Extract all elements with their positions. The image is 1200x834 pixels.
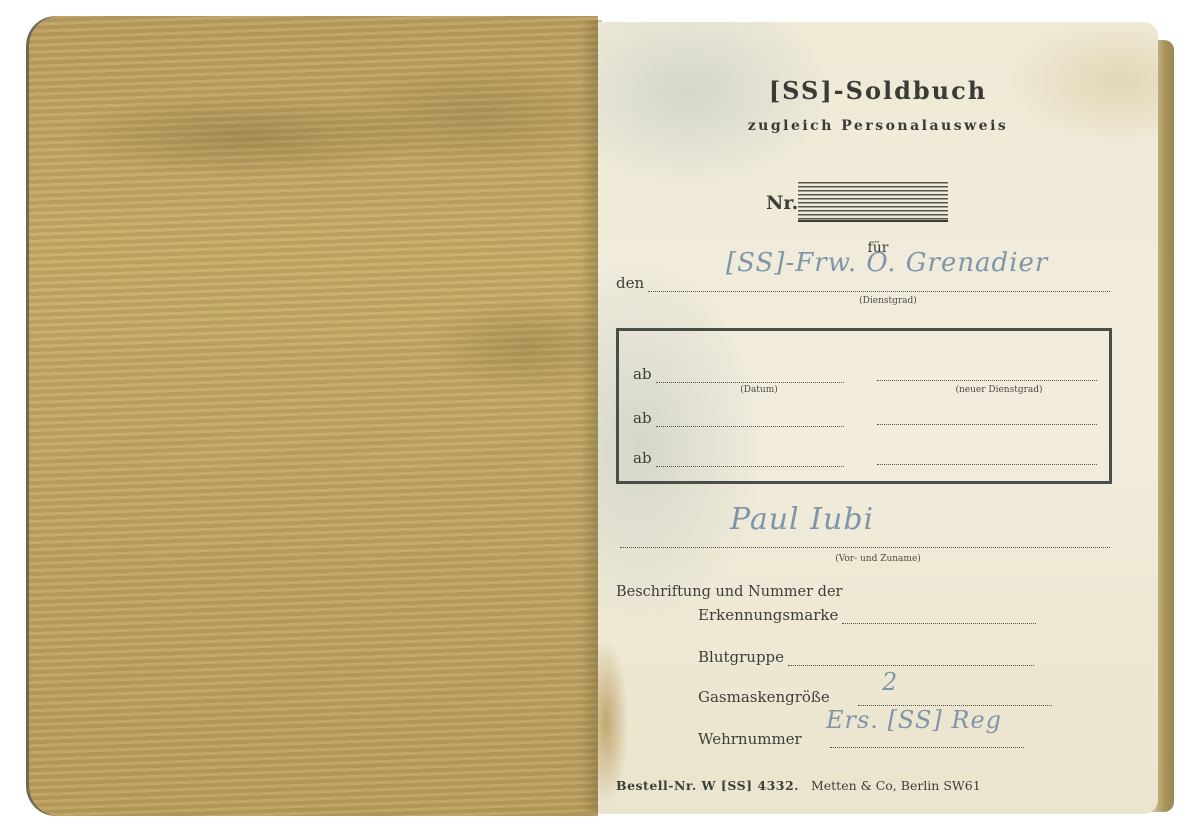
identity-tag-label: Erkennungsmarke bbox=[698, 606, 838, 624]
promotion-row: ab bbox=[633, 449, 844, 467]
rank-prefix: den bbox=[616, 274, 644, 292]
promotions-box: ab (Datum) (neuer Dienstgrad) ab ab bbox=[616, 328, 1112, 484]
date-caption: (Datum) bbox=[679, 385, 839, 395]
publisher: Metten & Co, Berlin SW61 bbox=[811, 778, 981, 793]
promotion-prefix: ab bbox=[633, 365, 652, 383]
promotion-rank-line bbox=[877, 379, 1097, 381]
identity-tag-row: Erkennungsmarke bbox=[698, 606, 1036, 624]
promotion-prefix: ab bbox=[633, 449, 652, 467]
blood-group-label: Blutgruppe bbox=[698, 648, 784, 666]
document-subtitle: zugleich Personalausweis bbox=[598, 118, 1158, 134]
name-handwritten: Paul Iubi bbox=[730, 502, 874, 537]
gas-mask-label: Gasmaskengröße bbox=[698, 688, 830, 706]
number-label: Nr. bbox=[766, 192, 798, 214]
promotion-date-line bbox=[656, 465, 844, 467]
print-footer: Bestell-Nr. W [SS] 4332. Metten & Co, Be… bbox=[616, 778, 981, 793]
order-number: Bestell-Nr. W [SS] 4332. bbox=[616, 778, 799, 793]
rank-handwritten: [SS]-Frw. O. Grenadier bbox=[726, 248, 1048, 278]
rank-caption: (Dienstgrad) bbox=[798, 296, 978, 306]
book-cover-inside bbox=[26, 16, 598, 816]
blood-group-row: Blutgruppe bbox=[698, 648, 1034, 666]
rank-dotted-line bbox=[648, 290, 1110, 292]
gas-mask-row: Gasmaskengröße bbox=[698, 688, 1052, 706]
number-field-redacted bbox=[798, 182, 948, 222]
promotion-row: ab bbox=[633, 365, 844, 383]
blood-group-line bbox=[788, 664, 1034, 666]
promotion-prefix: ab bbox=[633, 409, 652, 427]
id-page: [SS]-Soldbuch zugleich Personalausweis N… bbox=[598, 22, 1158, 814]
service-number-row: Wehrnummer bbox=[698, 730, 1024, 748]
document-title: [SS]-Soldbuch bbox=[598, 76, 1158, 105]
promotion-date-line bbox=[656, 425, 844, 427]
service-number-label: Wehrnummer bbox=[698, 730, 802, 748]
promotion-row: ab bbox=[633, 409, 844, 427]
promotion-date-line bbox=[656, 381, 844, 383]
new-rank-caption: (neuer Dienstgrad) bbox=[909, 385, 1089, 395]
name-dotted-line bbox=[620, 546, 1110, 548]
identity-tag-heading: Beschriftung und Nummer der bbox=[616, 584, 842, 600]
name-caption: (Vor- und Zuname) bbox=[788, 554, 968, 564]
promotion-rank-line bbox=[877, 423, 1097, 425]
service-number-line bbox=[830, 746, 1024, 748]
promotion-rank-line bbox=[877, 463, 1097, 465]
identity-tag-line bbox=[842, 622, 1036, 624]
